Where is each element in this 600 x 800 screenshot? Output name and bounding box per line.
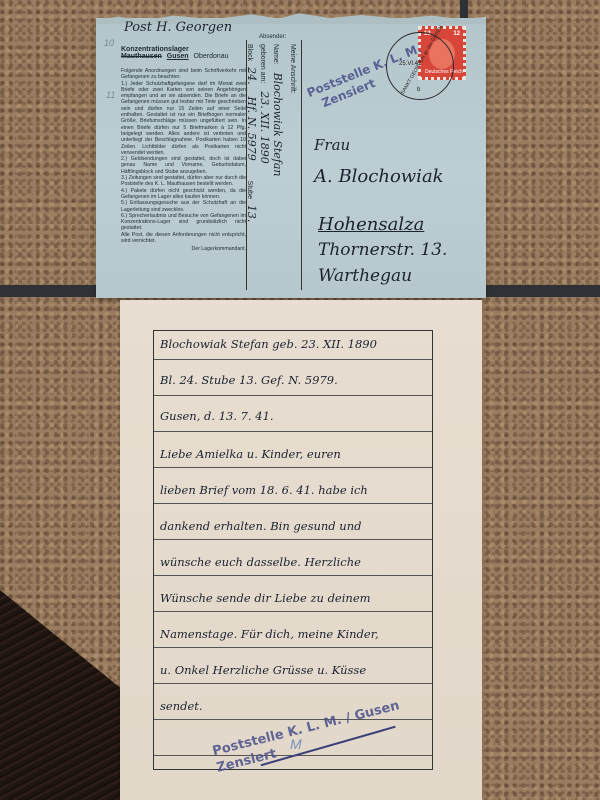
sender-heading: Meine Anschrift: bbox=[289, 44, 296, 94]
sender-room: 13. bbox=[245, 205, 258, 223]
letter-line: sendet. bbox=[160, 699, 203, 713]
name-label: Name: bbox=[272, 44, 279, 65]
rule-3: 3.) Zeitungen sind gestattet, dürfen abe… bbox=[121, 175, 246, 188]
letter-line: Wünsche sende dir Liebe zu deinem bbox=[160, 591, 371, 605]
sender-born-row: geboren am: 23. XII. 1890 bbox=[258, 44, 271, 164]
ruled-line bbox=[154, 575, 432, 576]
rule-5: 5.) Entlassungsgesuche aus der Schutzhaf… bbox=[121, 200, 246, 213]
rule-final: Alle Post, die diesen Anforderungen nich… bbox=[121, 232, 246, 245]
letter-sheet: Blochowiak Stefan geb. 23. XII. 1890Bl. … bbox=[120, 300, 482, 800]
sender-block: 24. bbox=[245, 67, 258, 85]
letter-line: Bl. 24. Stube 13. Gef. N. 5979. bbox=[160, 373, 338, 387]
ruled-line bbox=[154, 539, 432, 540]
sender-divider-right bbox=[301, 40, 302, 290]
ruled-line bbox=[154, 467, 432, 468]
rule-1: 1.) Jeder Schutzhaftgefangene darf im Mo… bbox=[121, 81, 246, 157]
ruled-line bbox=[154, 359, 432, 360]
camp-rules: Folgende Anordnungen sind beim Schriftve… bbox=[121, 68, 246, 253]
sender-born: 23. XII. 1890 bbox=[258, 91, 271, 164]
ruled-line bbox=[154, 395, 432, 396]
header-camp: Gusen bbox=[167, 53, 189, 60]
recipient-city: Hohensalza bbox=[318, 214, 424, 235]
camp-header: Konzentrationslager Mauthausen Gusen Obe… bbox=[121, 46, 229, 60]
recipient-salutation: Frau bbox=[314, 136, 350, 154]
rules-intro: Folgende Anordnungen sind beim Schriftve… bbox=[121, 68, 246, 81]
sender-name-row: Name: Blochowiak Stefan bbox=[271, 44, 284, 177]
letter-line: wünsche euch dasselbe. Herzliche bbox=[160, 555, 361, 569]
rule-2: 2.) Geldsendungen sind gestattet, doch i… bbox=[121, 156, 246, 175]
ruled-line bbox=[154, 683, 432, 684]
margin-number: 10 bbox=[104, 38, 114, 48]
postmark-code: b bbox=[417, 87, 420, 93]
header-title: Konzentrationslager bbox=[121, 46, 229, 53]
letter-line: Gusen, d. 13. 7. 41. bbox=[160, 409, 274, 423]
recipient-street: Thornerstr. 13. bbox=[318, 240, 447, 260]
letter-line: dankend erhalten. Bin gesund und bbox=[160, 519, 361, 533]
room-label: Stube bbox=[246, 181, 253, 199]
stamp-value-right: 12 bbox=[453, 31, 460, 37]
sender-prisoner-no: Hf. N. 5979 bbox=[245, 97, 258, 161]
envelope: Post H. Georgen 10 11 Konzentrationslage… bbox=[96, 18, 486, 298]
envelope-top-note: Post H. Georgen bbox=[124, 20, 232, 35]
header-location: Mauthausen Gusen Oberdonau bbox=[121, 53, 229, 60]
ruled-line bbox=[154, 647, 432, 648]
letter-line: Liebe Amielka u. Kinder, euren bbox=[160, 447, 341, 461]
letter-line: Namenstage. Für dich, meine Kinder, bbox=[160, 627, 379, 641]
censor-initial: M bbox=[290, 736, 302, 752]
rule-4: 4.) Pakete dürfen nicht geschickt werden… bbox=[121, 188, 246, 201]
header-crossed: Mauthausen bbox=[121, 53, 162, 60]
header-region: Oberdonau bbox=[194, 53, 229, 60]
ruled-line bbox=[154, 431, 432, 432]
ruled-line bbox=[154, 503, 432, 504]
letter-line: Blochowiak Stefan geb. 23. XII. 1890 bbox=[160, 337, 377, 351]
sender-label: Absender: bbox=[259, 34, 286, 40]
sender-block-row: Block 24. Hf. N. 5979 Stube 13. bbox=[245, 44, 258, 222]
ruled-line bbox=[154, 611, 432, 612]
letter-line: lieben Brief vom 18. 6. 41. habe ich bbox=[160, 483, 368, 497]
rule-6: 6.) Sprecherlaubnis und Besuche von Gefa… bbox=[121, 213, 246, 232]
recipient-region: Warthegau bbox=[318, 266, 412, 286]
sender-name: Blochowiak Stefan bbox=[271, 73, 284, 177]
floor-tile-top-right bbox=[468, 0, 600, 285]
recipient-name: A. Blochowiak bbox=[314, 166, 444, 187]
margin-number: 11 bbox=[106, 90, 115, 100]
letter-line: u. Onkel Herzliche Grüsse u. Küsse bbox=[160, 663, 366, 677]
block-label: Block bbox=[246, 44, 253, 61]
born-label: geboren am: bbox=[259, 44, 266, 83]
rules-signature: Der Lagerkommandant. bbox=[121, 246, 246, 252]
